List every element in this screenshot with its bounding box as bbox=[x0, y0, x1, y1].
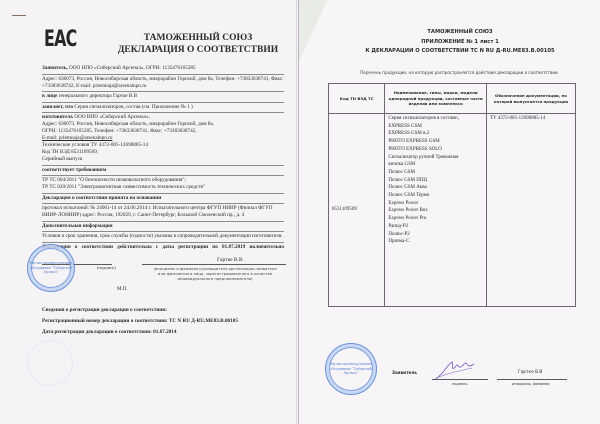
list-item: Express Power Pro bbox=[388, 215, 483, 223]
appendix-title-union: ТАМОЖЕННЫЙ СОЮЗ bbox=[330, 28, 590, 38]
registration-block: Сведения о регистрации декларации о соот… bbox=[42, 305, 292, 338]
manufacturer-value: ООО НПО «Сиберский Арсенал», bbox=[73, 114, 150, 120]
list-item: Полюс GSM Термо bbox=[388, 192, 483, 200]
additional-label: Дополнительная информация bbox=[42, 222, 284, 233]
validity-statement: Декларация о соответствии действительна … bbox=[42, 243, 284, 253]
declares-row: заявляет, что Серия сигнализаторов, сост… bbox=[42, 103, 284, 114]
signatory-name: Гартке В.В bbox=[217, 257, 243, 263]
additional-value: Условия и срок хранения, срок службы (го… bbox=[42, 232, 284, 243]
list-item: Полюс GSM ППЦ bbox=[388, 177, 483, 185]
declaration-title: ТАМОЖЕННЫЙ СОЮЗ ДЕКЛАРАЦИЯ О СООТВЕТСТВИ… bbox=[108, 32, 288, 56]
conforms-label: соответствует требованиям bbox=[42, 166, 284, 177]
signature-caption: подпись bbox=[452, 382, 467, 386]
name-caption: (инициалы и фамилия руководителя организ… bbox=[150, 266, 280, 281]
name-caption: инициалы, фамилия bbox=[512, 382, 550, 386]
list-item: PHOTO EXPRESS GSM bbox=[388, 138, 483, 146]
eac-logo: EAC bbox=[44, 27, 77, 52]
applicant-value: ООО НПО «Сиберский Арсенал», ОГРН: 11354… bbox=[68, 65, 196, 71]
registration-heading: Сведения о регистрации декларации о соот… bbox=[42, 305, 292, 316]
appendix-intro: Перечень продукции, на которую распростр… bbox=[328, 70, 590, 75]
company-stamp: Научно-производственное объединение "Сиб… bbox=[325, 343, 377, 395]
page-corner-fold bbox=[299, 0, 329, 70]
representative-label: в лице bbox=[42, 93, 57, 99]
applicant-label: Заявитель, bbox=[42, 65, 68, 71]
list-item: Рапид-Р2 bbox=[388, 223, 483, 231]
list-item: PHOTO EXPRESS SOLO bbox=[388, 146, 483, 154]
registration-date: Дата регистрации декларации о соответств… bbox=[42, 327, 292, 338]
table-header-row: Код ТН ВЭД ТС Наименование, типы, марки,… bbox=[329, 84, 576, 114]
manufacturer-detail: Код ТН ВЭД 8531109509, bbox=[42, 149, 284, 156]
applicant-address: Адрес: 630073, Россия, Новосибирская обл… bbox=[42, 75, 284, 93]
documentation-ref: ТУ 4372-005-12690085-14 bbox=[486, 114, 575, 307]
name-line bbox=[497, 379, 567, 380]
basis-label: Декларация о соответствии принята на осн… bbox=[42, 194, 284, 205]
title-declaration: ДЕКЛАРАЦИЯ О СООТВЕТСТВИИ bbox=[108, 44, 288, 56]
signature-caption: (подпись) bbox=[97, 265, 116, 270]
title-union: ТАМОЖЕННЫЙ СОЮЗ bbox=[108, 32, 288, 44]
seal-place-label: М.П. bbox=[117, 287, 128, 292]
manufacturer-email: E-mail: priemnaja@arsenalnpo.ru bbox=[42, 135, 284, 142]
name-line bbox=[142, 264, 286, 265]
products-table: Код ТН ВЭД ТС Наименование, типы, марки,… bbox=[328, 83, 576, 307]
manufacturer-label: изготовитель bbox=[42, 114, 73, 120]
list-item: Полюс-Р2 bbox=[388, 231, 483, 239]
header-documentation: Обозначение документации, по которой вып… bbox=[486, 84, 575, 114]
header-code: Код ТН ВЭД ТС bbox=[329, 84, 385, 114]
bleed-through-stamp bbox=[27, 340, 73, 386]
manufacturer-row: изготовитель ООО НПО «Сиберский Арсенал»… bbox=[42, 113, 284, 166]
table-row: 8531109509 Серия сигнализаторов в состав… bbox=[329, 114, 576, 307]
regulation-item: ТР ТС 004/2011 "О безопасности низковоль… bbox=[42, 177, 284, 184]
manufacturer-detail: Адрес: 630073, Россия, Новосибирская обл… bbox=[42, 121, 284, 128]
manufacturer-detail: Серийный выпуск bbox=[42, 156, 284, 163]
registration-number: Регистрационный номер декларации о соотв… bbox=[42, 316, 292, 327]
conforms-items: ТР ТС 004/2011 "О безопасности низковоль… bbox=[42, 176, 284, 194]
declaration-body: Заявитель, ООО НПО «Сиберский Арсенал», … bbox=[42, 64, 284, 252]
list-item: Серия сигнализаторов в составе:, bbox=[388, 115, 483, 123]
tn-ved-code: 8531109509 bbox=[329, 114, 385, 307]
manufacturer-detail: ОГРН: 1135476165285, Телефон: +738336387… bbox=[42, 128, 284, 135]
regulation-item: ТР ТС 020/2011 "Электромагнитная совмест… bbox=[42, 184, 284, 191]
declares-label: заявляет, что bbox=[42, 104, 73, 110]
product-list: Серия сигнализаторов в составе:, EXPRESS… bbox=[385, 114, 487, 307]
list-item: EXPRESS GSM bbox=[388, 123, 483, 131]
signature-block: (подпись) Гартке В.В (инициалы и фамилия… bbox=[42, 253, 286, 303]
list-item: Express Power bbox=[388, 200, 483, 208]
company-stamp: Научно-производственное объединение "Сиб… bbox=[27, 244, 75, 292]
representative-value: генерального директора Гартке В.В bbox=[57, 93, 137, 99]
list-item: Призма-С bbox=[388, 238, 483, 246]
signatory-name: Гартке В.В bbox=[518, 370, 542, 375]
declaration-page: EAC ТАМОЖЕННЫЙ СОЮЗ ДЕКЛАРАЦИЯ О СООТВЕТ… bbox=[0, 0, 297, 424]
scan-mark bbox=[12, 15, 26, 16]
list-item: Полюс GSM Аква bbox=[388, 184, 483, 192]
manufacturer-detail: Технические условия ТУ 4372-005-12690085… bbox=[42, 142, 284, 149]
appendix-declaration-ref: К ДЕКЛАРАЦИИ О СООТВЕТСТВИИ ТС N RU Д-RU… bbox=[330, 47, 590, 57]
list-item: Express Power Box bbox=[388, 207, 483, 215]
applicant-label: Заявитель bbox=[392, 370, 417, 375]
signature-line bbox=[432, 379, 488, 380]
list-item: кнопка GSM bbox=[388, 161, 483, 169]
list-item: Полюс GSM bbox=[388, 169, 483, 177]
appendix-title: ТАМОЖЕННЫЙ СОЮЗ ПРИЛОЖЕНИЕ № 1 лист 1 К … bbox=[330, 28, 590, 57]
basis-value: протокол испытаний: № 24061-14 от 24.06.… bbox=[42, 204, 284, 222]
header-product-names: Наименование, типы, марки, модели одноро… bbox=[385, 84, 487, 114]
list-item: EXPRESS GSM в.2 bbox=[388, 130, 483, 138]
list-item: Сигнализатор ручной Тревожная bbox=[388, 154, 483, 162]
applicant-row: Заявитель, ООО НПО «Сиберский Арсенал», … bbox=[42, 64, 284, 75]
appendix-sheet: ПРИЛОЖЕНИЕ № 1 лист 1 bbox=[330, 38, 590, 48]
declares-value: Серия сигнализаторов, состав (см. Прилож… bbox=[73, 104, 193, 110]
representative-row: в лице генерального директора Гартке В.В bbox=[42, 92, 284, 103]
